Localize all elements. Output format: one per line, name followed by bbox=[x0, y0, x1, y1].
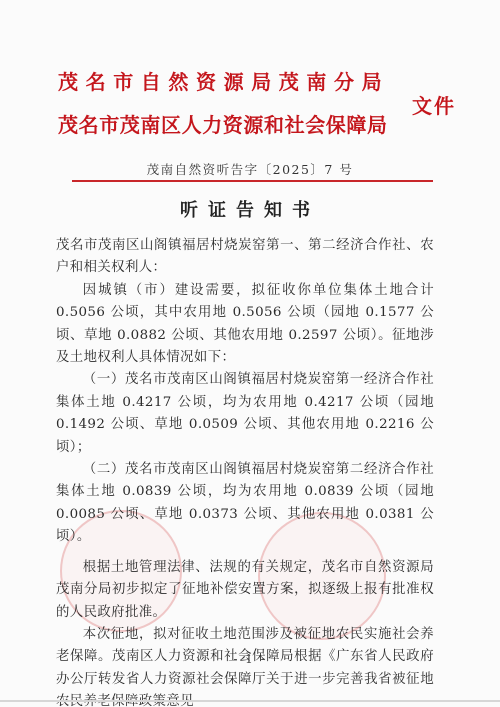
document-number: 茂南自然资听告字〔2025〕7 号 bbox=[0, 160, 500, 178]
document-page: 茂名市自然资源局茂南分局 茂名市茂南区人力资源和社会保障局 文件 茂南自然资听告… bbox=[0, 0, 500, 700]
document-type-label: 文件 bbox=[412, 90, 456, 119]
page-edge-divider bbox=[0, 700, 500, 702]
issuer-hr-social-security-bureau: 茂名市茂南区人力资源和社会保障局 bbox=[58, 109, 388, 138]
red-header-divider bbox=[72, 180, 433, 182]
body-paragraph: 因城镇（市）建设需要，拟征收你单位集体土地合计 0.5056 公顷，其中农用地 … bbox=[56, 280, 434, 370]
notice-title: 听证告知书 bbox=[0, 196, 500, 222]
notice-body: 茂名市茂南区山阁镇福居村烧炭窑第一、第二经济合作社、农户和相关权利人： 因城镇（… bbox=[56, 235, 434, 707]
addressee: 茂名市茂南区山阁镇福居村烧炭窑第一、第二经济合作社、农户和相关权利人： bbox=[56, 235, 434, 280]
body-paragraph: 根据土地管理法律、法规的有关规定，茂名市自然资源局茂南分局初步拟定了征地补偿安置… bbox=[56, 557, 434, 624]
body-paragraph: （二）茂名市茂南区山阁镇福居村烧炭窑第二经济合作社集体土地 0.0839 公顷，… bbox=[56, 459, 434, 549]
page-number: - 1 - bbox=[0, 652, 500, 666]
body-paragraph: （一）茂名市茂南区山阁镇福居村烧炭窑第一经济合作社集体土地 0.4217 公顷，… bbox=[56, 369, 434, 459]
issuer-natural-resources-bureau: 茂名市自然资源局茂南分局 bbox=[58, 66, 389, 95]
